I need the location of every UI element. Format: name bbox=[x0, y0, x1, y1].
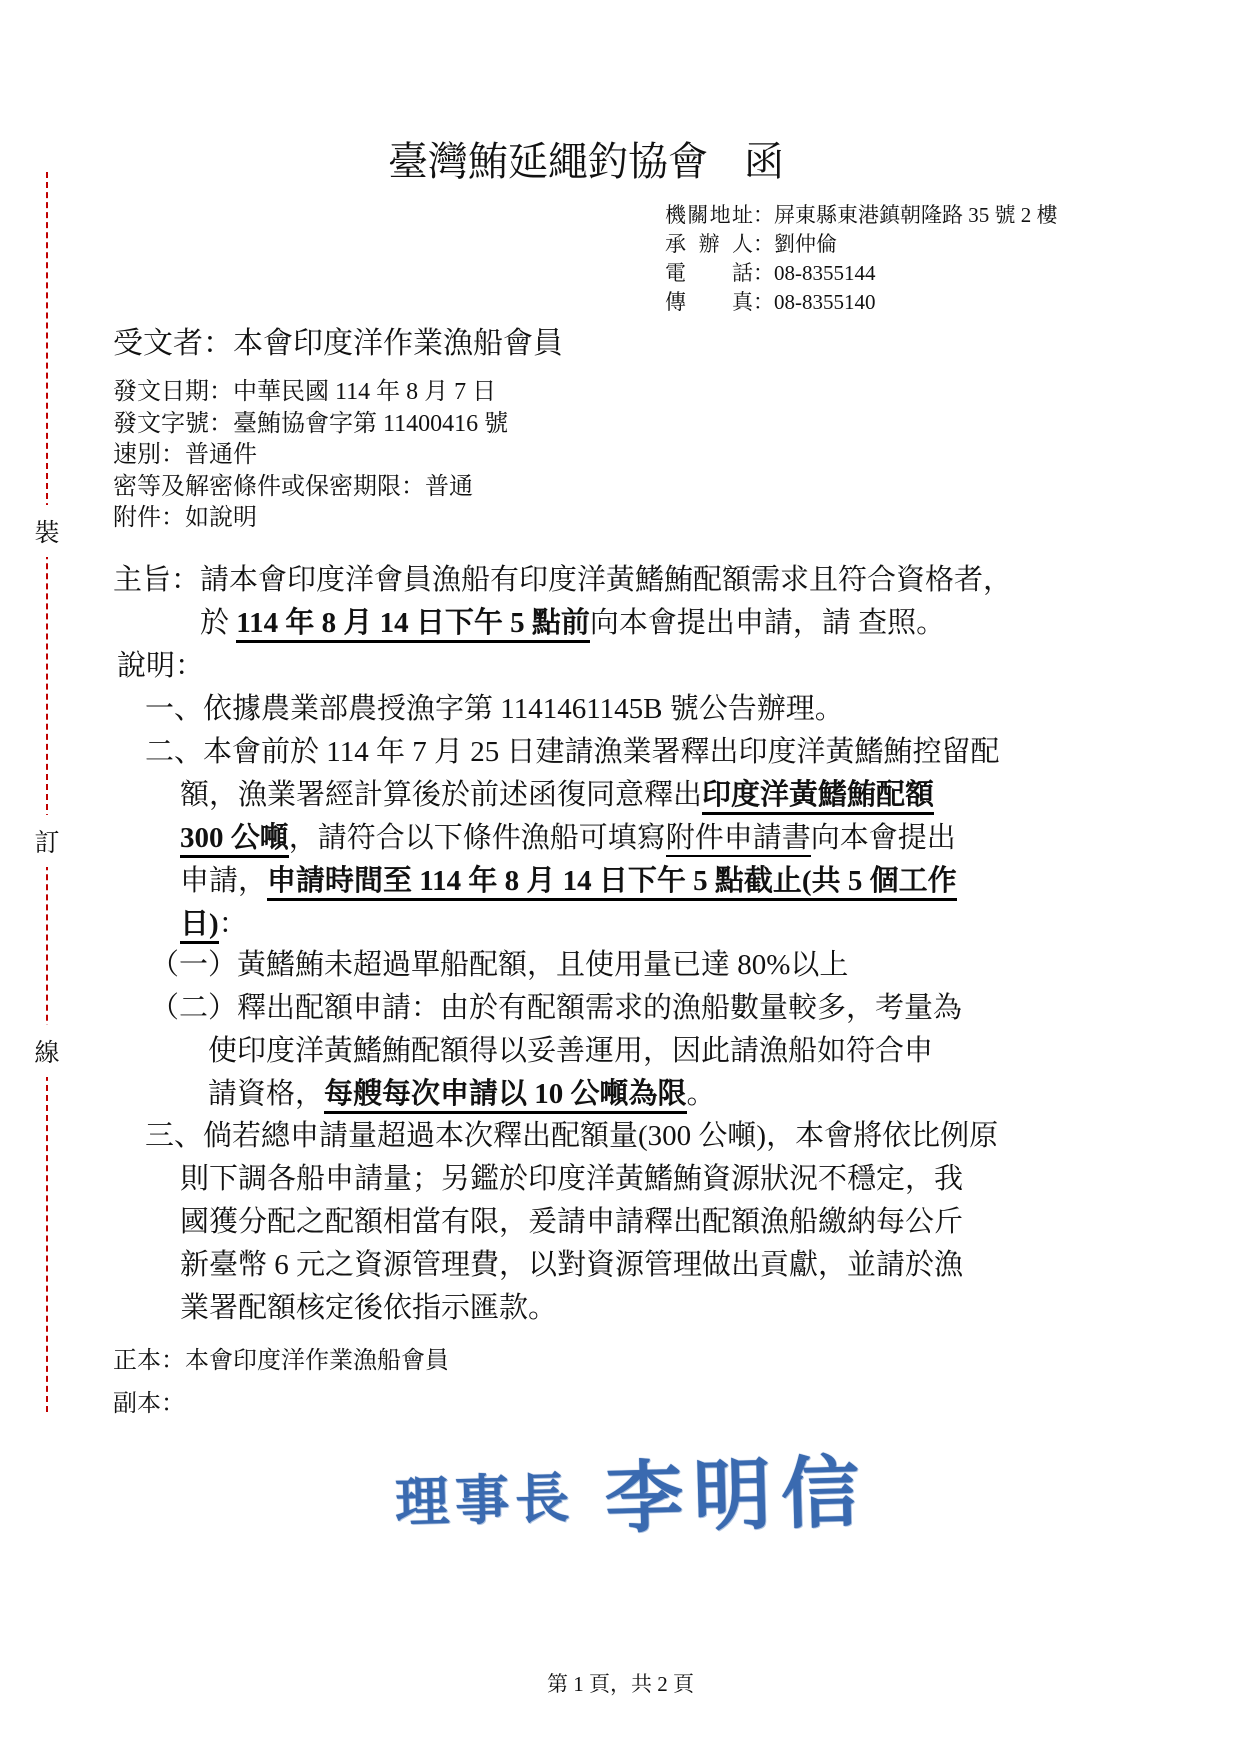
subject-text: 向本會提出申請，請 查照。 bbox=[590, 607, 945, 639]
item-number: 三、 bbox=[145, 1120, 203, 1152]
subject-label: 主旨： bbox=[113, 564, 200, 596]
contact-value: 08-8355144 bbox=[774, 259, 876, 288]
sub-item-text: 請資格， bbox=[208, 1078, 324, 1110]
contact-value: 屏東縣東港鎮朝隆路 35 號 2 樓 bbox=[774, 201, 1058, 230]
contact-row-handler: 承辦人：劉仲倫 bbox=[665, 230, 1058, 259]
subject-text: 請本會印度洋會員漁船有印度洋黃鰭鮪配額需求且符合資格者， bbox=[200, 564, 1012, 596]
colon: ： bbox=[753, 259, 774, 288]
chairman-signature-stamp: 理事長 李明信 bbox=[394, 1430, 871, 1554]
item-text: ，請符合以下條件漁船可填寫 bbox=[289, 822, 666, 854]
explanation-item-2-line-4: 申請，申請時間至 114 年 8 月 14 日下午 5 點截止(共 5 個工作 bbox=[180, 858, 957, 899]
sub-item-number: （二） bbox=[150, 992, 237, 1024]
document-title: 臺灣鮪延繩釣協會函 bbox=[388, 130, 784, 187]
org-name: 臺灣鮪延繩釣協會 bbox=[388, 139, 708, 184]
contact-value: 劉仲倫 bbox=[774, 230, 837, 259]
item-text: 額，漁業署經計算後於前述函復同意釋出 bbox=[180, 779, 702, 811]
subject-line-1: 主旨：請本會印度洋會員漁船有印度洋黃鰭鮪配額需求且符合資格者， bbox=[113, 557, 1012, 598]
explanation-item-2-line-2: 額，漁業署經計算後於前述函復同意釋出印度洋黃鰭鮪配額 bbox=[180, 772, 934, 813]
attachment-form-underline: 附件申請書 bbox=[666, 822, 811, 857]
sub-item-number: （一） bbox=[150, 949, 237, 981]
item-text: ： bbox=[219, 908, 248, 940]
item-text: 向本會提出 bbox=[811, 822, 956, 854]
meta-attachment: 附件：如說明 bbox=[113, 503, 508, 535]
contact-value: 08-8355140 bbox=[774, 288, 876, 317]
explanation-item-1: 一、依據農業部農授漁字第 1141461145B 號公告辦理。 bbox=[145, 686, 844, 727]
tonnage-emphasis: 300 公噸 bbox=[180, 822, 289, 858]
per-vessel-limit-emphasis: 每艘每次申請以 10 公噸為限 bbox=[324, 1078, 687, 1114]
meta-security: 密等及解密條件或保密期限：普通 bbox=[113, 472, 508, 504]
copy-original-line: 正本：本會印度洋作業漁船會員 bbox=[113, 1340, 449, 1375]
sub-item-text: 黃鰭鮪未超過單船配額，且使用量已達 80%以上 bbox=[237, 949, 848, 981]
binding-mark-xian: 線 bbox=[30, 1025, 64, 1077]
recipient-line: 受文者：本會印度洋作業漁船會員 bbox=[113, 318, 563, 362]
deadline-emphasis-cont: 日) bbox=[180, 908, 219, 944]
colon: ： bbox=[753, 230, 774, 259]
explanation-item-3-line-5: 業署配額核定後依指示匯款。 bbox=[180, 1285, 557, 1326]
colon: ： bbox=[753, 288, 774, 317]
meta-block: 發文日期：中華民國 114 年 8 月 7 日 發文字號：臺鮪協會字第 1140… bbox=[113, 377, 508, 535]
doc-type: 函 bbox=[744, 139, 784, 184]
contact-label: 機關地址 bbox=[665, 201, 753, 230]
binding-mark-zhuang: 裝 bbox=[30, 505, 64, 557]
item-text: 申請， bbox=[180, 865, 267, 897]
explanation-item-3-line-1: 三、倘若總申請量超過本次釋出配額量(300 公噸)，本會將依比例原 bbox=[145, 1113, 998, 1154]
contact-label: 承辦人 bbox=[665, 230, 753, 259]
explanation-item-3-line-3: 國獲分配之配額相當有限，爰請申請釋出配額漁船繳納每公斤 bbox=[180, 1199, 963, 1240]
item-text: 本會前於 114 年 7 月 25 日建請漁業署釋出印度洋黃鰭鮪控留配 bbox=[203, 736, 999, 768]
condition-1: （一）黃鰭鮪未超過單船配額，且使用量已達 80%以上 bbox=[150, 942, 848, 983]
quota-emphasis: 印度洋黃鰭鮪配額 bbox=[702, 779, 934, 815]
contact-block: 機關地址：屏東縣東港鎮朝隆路 35 號 2 樓 承辦人：劉仲倫 電話：08-83… bbox=[665, 201, 1058, 317]
explanation-item-3-line-2: 則下調各船申請量；另鑑於印度洋黃鰭鮪資源狀況不穩定，我 bbox=[180, 1156, 963, 1197]
item-text: 倘若總申請量超過本次釋出配額量(300 公噸)，本會將依比例原 bbox=[203, 1120, 998, 1152]
contact-row-phone: 電話：08-8355144 bbox=[665, 259, 1058, 288]
contact-label: 傳真 bbox=[665, 288, 753, 317]
page-number-footer: 第 1 頁，共 2 頁 bbox=[0, 1668, 1241, 1698]
deadline-emphasis: 申請時間至 114 年 8 月 14 日下午 5 點截止(共 5 個工作 bbox=[267, 865, 957, 901]
explanation-item-3-line-4: 新臺幣 6 元之資源管理費，以對資源管理做出貢獻，並請於漁 bbox=[180, 1242, 963, 1283]
contact-row-fax: 傳真：08-8355140 bbox=[665, 288, 1058, 317]
copy-cc-line: 副本： bbox=[113, 1383, 185, 1418]
explanation-item-2-line-3: 300 公噸，請符合以下條件漁船可填寫附件申請書向本會提出 bbox=[180, 815, 956, 856]
official-letter-page: 裝 訂 線 臺灣鮪延繩釣協會函 機關地址：屏東縣東港鎮朝隆路 35 號 2 樓 … bbox=[0, 0, 1241, 1755]
stamp-title: 理事長 bbox=[394, 1455, 576, 1537]
meta-speed: 速別：普通件 bbox=[113, 440, 508, 472]
contact-label: 電話 bbox=[665, 259, 753, 288]
condition-2-line-2: 使印度洋黃鰭鮪配額得以妥善運用，因此請漁船如符合申 bbox=[208, 1028, 933, 1069]
stamp-name: 李明信 bbox=[604, 1430, 871, 1549]
binding-dashed-line bbox=[46, 172, 48, 1412]
sub-item-text: 釋出配額申請：由於有配額需求的漁船數量較多，考量為 bbox=[237, 992, 962, 1024]
explanation-item-2-line-5: 日)： bbox=[180, 901, 248, 942]
item-text: 依據農業部農授漁字第 1141461145B 號公告辦理。 bbox=[203, 693, 844, 725]
subject-line-2: 於 114 年 8 月 14 日下午 5 點前向本會提出申請，請 查照。 bbox=[200, 600, 945, 641]
condition-2-line-3: 請資格，每艘每次申請以 10 公噸為限。 bbox=[208, 1071, 716, 1112]
item-number: 二、 bbox=[145, 736, 203, 768]
contact-row-address: 機關地址：屏東縣東港鎮朝隆路 35 號 2 樓 bbox=[665, 201, 1058, 230]
sub-item-text: 。 bbox=[687, 1078, 716, 1110]
condition-2-line-1: （二）釋出配額申請：由於有配額需求的漁船數量較多，考量為 bbox=[150, 985, 962, 1026]
subject-deadline-emphasis: 114 年 8 月 14 日下午 5 點前 bbox=[236, 607, 590, 643]
explanation-item-2-line-1: 二、本會前於 114 年 7 月 25 日建請漁業署釋出印度洋黃鰭鮪控留配 bbox=[145, 729, 999, 770]
explanation-label: 說明： bbox=[117, 643, 204, 684]
meta-doc-number: 發文字號：臺鮪協會字第 11400416 號 bbox=[113, 409, 508, 441]
item-number: 一、 bbox=[145, 693, 203, 725]
subject-text: 於 bbox=[200, 607, 236, 639]
colon: ： bbox=[753, 201, 774, 230]
binding-mark-ding: 訂 bbox=[30, 815, 64, 867]
meta-date: 發文日期：中華民國 114 年 8 月 7 日 bbox=[113, 377, 508, 409]
